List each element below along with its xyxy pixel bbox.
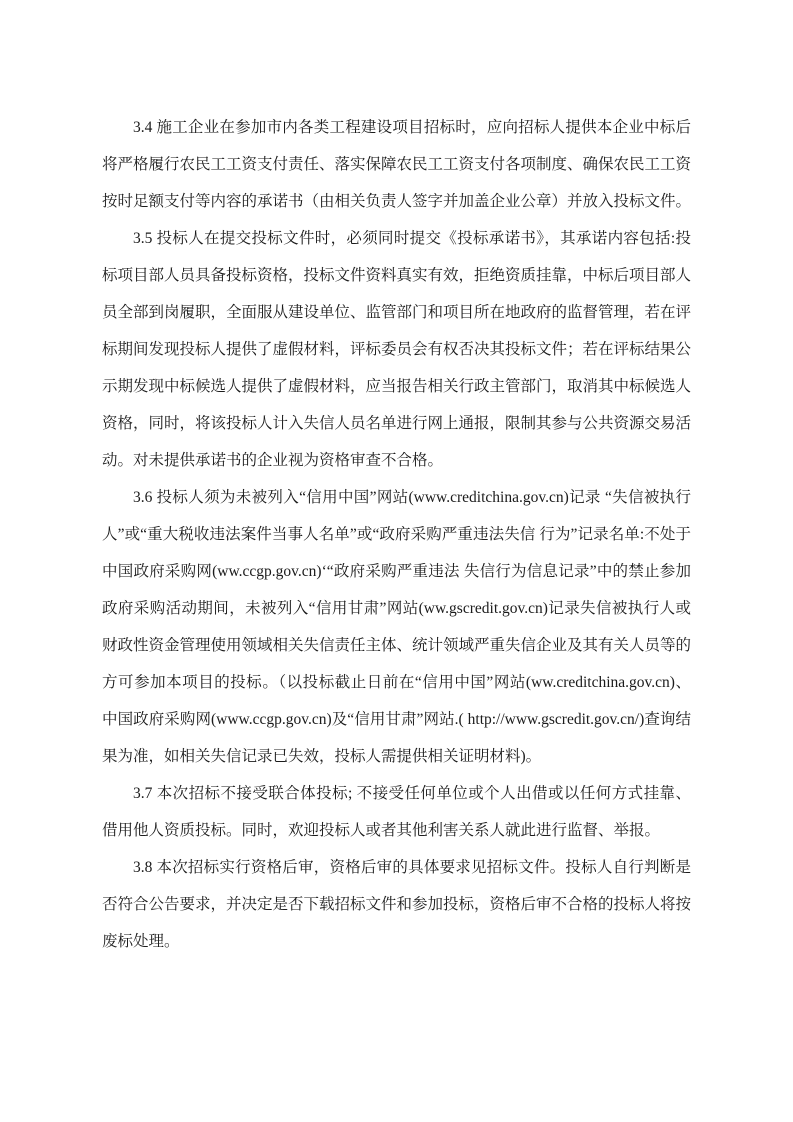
paragraph-3-7: 3.7 本次招标不接受联合体投标; 不接受任何单位或个人出借或以任何方式挂靠、借… — [102, 775, 691, 849]
paragraph-3-8: 3.8 本次招标实行资格后审，资格后审的具体要求见招标文件。投标人自行判断是否符… — [102, 849, 691, 960]
paragraph-3-6: 3.6 投标人须为未被列入“信用中国”网站(www.creditchina.go… — [102, 479, 691, 775]
paragraph-3-4: 3.4 施工企业在参加市内各类工程建设项目招标时，应向招标人提供本企业中标后将严… — [102, 109, 691, 220]
document-page: 3.4 施工企业在参加市内各类工程建设项目招标时，应向招标人提供本企业中标后将严… — [0, 0, 793, 1122]
paragraph-3-5: 3.5 投标人在提交投标文件时，必须同时提交《投标承诺书》，其承诺内容包括:投标… — [102, 220, 691, 479]
document-body: 3.4 施工企业在参加市内各类工程建设项目招标时，应向招标人提供本企业中标后将严… — [102, 109, 691, 960]
